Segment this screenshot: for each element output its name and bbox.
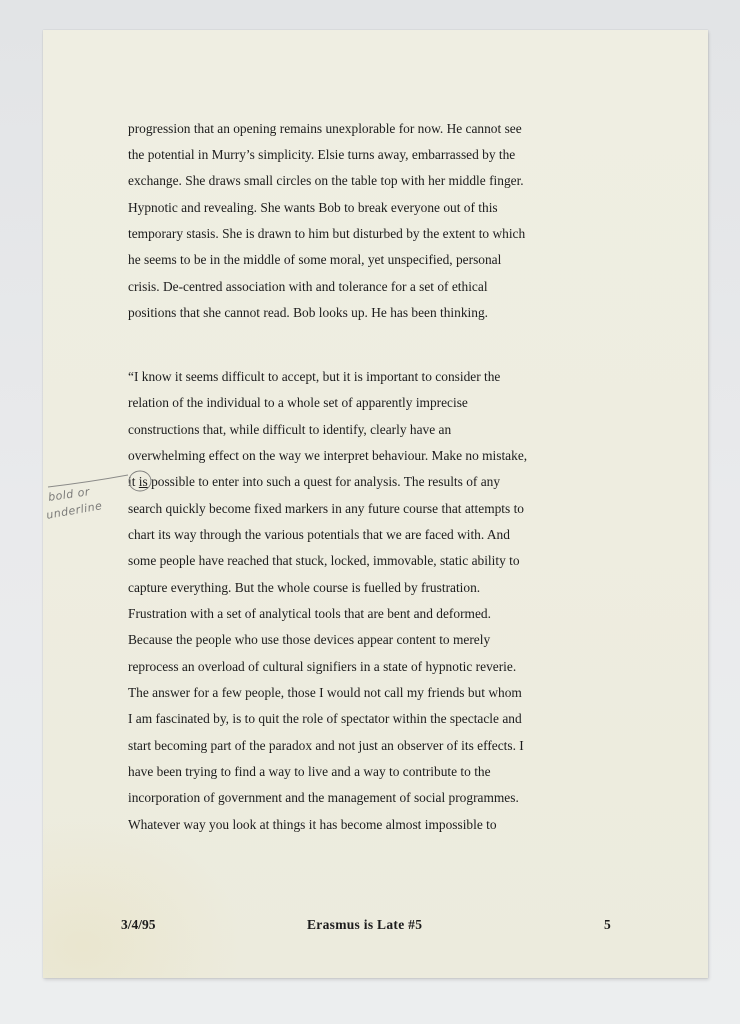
text-line: the potential in Murry’s simplicity. Els… <box>128 147 515 163</box>
text-line: incorporation of government and the mana… <box>128 790 519 806</box>
footer-date: 3/4/95 <box>121 917 156 933</box>
text-line: “I know it seems difficult to accept, bu… <box>128 369 500 385</box>
text-fragment: possible to enter into such a quest for … <box>148 474 500 489</box>
text-line: The answer for a few people, those I wou… <box>128 685 522 701</box>
text-line: overwhelming effect on the way we interp… <box>128 448 527 464</box>
text-line: capture everything. But the whole course… <box>128 580 480 596</box>
text-line: Frustration with a set of analytical too… <box>128 606 491 622</box>
text-line: I am fascinated by, is to quit the role … <box>128 711 522 727</box>
text-line: reprocess an overload of cultural signif… <box>128 659 516 675</box>
text-line: search quickly become fixed markers in a… <box>128 501 524 517</box>
text-line: constructions that, while difficult to i… <box>128 422 451 438</box>
page-number: 5 <box>604 917 611 933</box>
text-line: have been trying to find a way to live a… <box>128 764 491 780</box>
text-line: crisis. De-centred association with and … <box>128 279 488 295</box>
text-line: temporary stasis. She is drawn to him bu… <box>128 226 525 242</box>
text-line: Because the people who use those devices… <box>128 632 490 648</box>
underlined-word: is <box>139 474 148 489</box>
text-line: Whatever way you look at things it has b… <box>128 817 497 833</box>
text-line: Hypnotic and revealing. She wants Bob to… <box>128 200 498 216</box>
text-line: chart its way through the various potent… <box>128 527 510 543</box>
text-line: some people have reached that stuck, loc… <box>128 553 520 569</box>
text-line: relation of the individual to a whole se… <box>128 395 468 411</box>
text-line: exchange. She draws small circles on the… <box>128 173 524 189</box>
text-line: progression that an opening remains unex… <box>128 121 522 137</box>
text-line: he seems to be in the middle of some mor… <box>128 252 501 268</box>
text-line: positions that she cannot read. Bob look… <box>128 305 488 321</box>
text-fragment: it <box>128 474 139 489</box>
text-line: start becoming part of the paradox and n… <box>128 738 524 754</box>
footer-title: Erasmus is Late #5 <box>307 917 422 933</box>
text-line-emphasized: it is possible to enter into such a ques… <box>128 474 500 490</box>
